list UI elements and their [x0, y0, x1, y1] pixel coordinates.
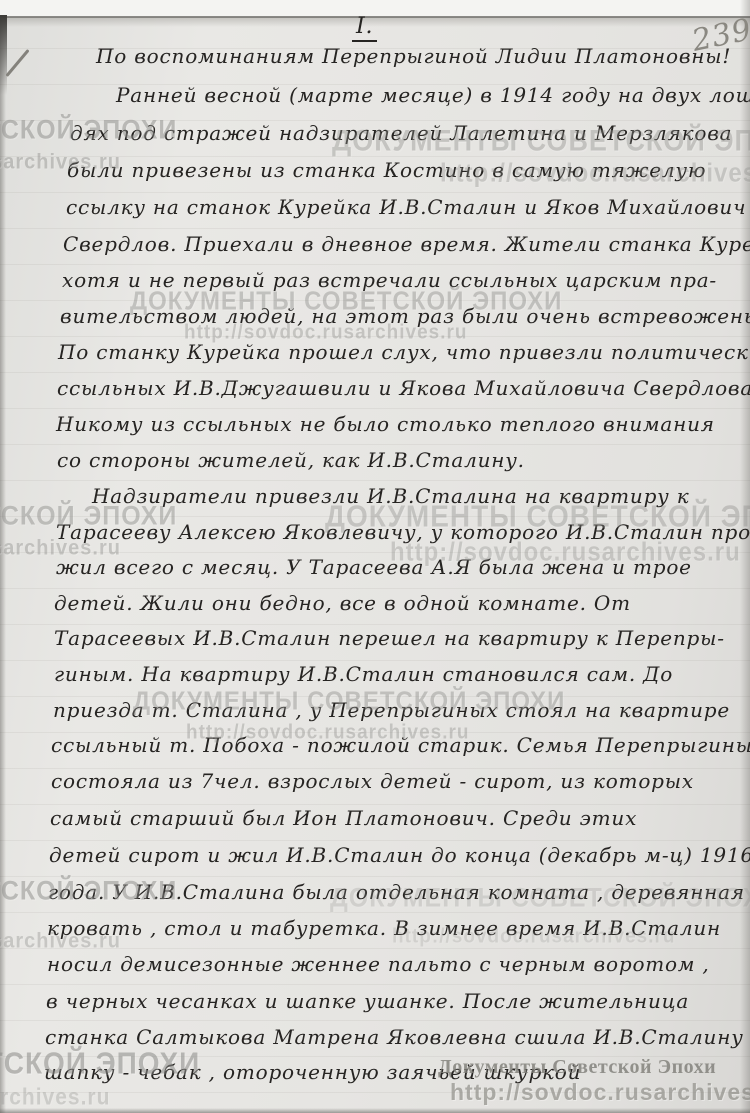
watermark-archive-url: http://sovdoc.rusarchives.ru: [0, 150, 121, 175]
scanned-document-page: I. 239 По воспоминаниям Перепрыгиной Лид…: [0, 0, 750, 1113]
watermark-archive-url: http://sovdoc.rusarchives.ru: [0, 929, 121, 954]
watermark-archive-title: ДОКУМЕНТЫ СОВЕТСКОЙ ЭПОХИ: [133, 687, 565, 717]
watermark-archive-url: http://sovdoc.rusarchives.ru: [186, 721, 470, 745]
watermark-archive-title: ДОКУМЕНТЫ СОВЕТСКОЙ ЭПОХИ: [332, 125, 750, 158]
watermark-archive-title: ДОКУМЕНТЫ СОВЕТСКОЙ ЭПОХИ: [325, 500, 750, 535]
manuscript-line: состояла из 7чел. взрослых детей - сирот…: [51, 771, 694, 791]
watermark-archive-title: ДОКУМЕНТЫ СОВЕТСКОЙ ЭПОХИ: [330, 883, 750, 914]
section-heading: I.: [352, 14, 377, 42]
watermark-archive-title: ДОКУМЕНТЫ СОВЕТСКОЙ ЭПОХИ: [0, 501, 177, 532]
manuscript-line: со стороны жителей, как И.В.Сталину.: [57, 450, 525, 470]
manuscript-line: станка Салтыкова Матрена Яковлевна сшила…: [45, 1027, 744, 1047]
watermark-archive-title: ДОКУМЕНТЫ СОВЕТСКОЙ ЭПОХИ: [0, 876, 177, 907]
manuscript-line: гиным. На квартиру И.В.Сталин становился…: [54, 664, 673, 684]
manuscript-line: Тарасеевых И.В.Сталин перешел на квартир…: [54, 628, 725, 648]
watermark-archive-title: ДОКУМЕНТЫ СОВЕТСКОЙ ЭПОХИ: [0, 115, 177, 146]
scan-corner-mark: [0, 15, 7, 95]
watermark-archive-url: http://sovdoc.rusarchives.ru: [390, 538, 741, 568]
watermark-footer-url: http://sovdoc.rusarchives.ru: [450, 1079, 750, 1106]
manuscript-line: По станку Курейка прошел слух, что приве…: [58, 342, 750, 362]
watermark-archive-title: ДОКУМЕНТЫ СОВЕТСКОЙ ЭПОХИ: [0, 1047, 200, 1082]
manuscript-line: самый старший был Ион Платонович. Среди …: [50, 808, 637, 828]
manuscript-line: Ранней весной (марте месяце) в 1914 году…: [116, 85, 750, 105]
watermark-footer-title: Документы Советской Эпохи: [438, 1056, 716, 1079]
manuscript-line: Никому из ссыльных не было столько тепло…: [56, 414, 715, 434]
manuscript-line: ссылку на станок Курейка И.В.Сталин и Як…: [66, 197, 746, 217]
manuscript-line: носил демисезонные женнее пальто с черны…: [47, 954, 710, 974]
watermark-archive-url: http://sovdoc.rusarchives.ru: [440, 159, 750, 189]
manuscript-line: ссыльных И.В.Джугашвили и Якова Михайлов…: [57, 378, 750, 398]
watermark-archive-url: http://sovdoc.rusarchives.ru: [184, 321, 468, 345]
manuscript-line: детей сирот и жил И.В.Сталин до конца (д…: [49, 845, 750, 865]
watermark-archive-title: ДОКУМЕНТЫ СОВЕТСКОЙ ЭПОХИ: [130, 287, 562, 317]
watermark-archive-url: http://sovdoc.rusarchives.ru: [392, 925, 676, 949]
manuscript-line: детей. Жили они бедно, все в одной комна…: [54, 593, 631, 613]
watermark-archive-url: http://sovdoc.rusarchives.ru: [0, 536, 121, 561]
manuscript-line: По воспоминаниям Перепрыгиной Лидии Плат…: [96, 46, 731, 66]
manuscript-line: в черных чесанках и шапке ушанке. После …: [46, 991, 689, 1011]
manuscript-line: Свердлов. Приехали в дневное время. Жите…: [63, 234, 750, 254]
watermark-archive-url: http://sovdoc.rusarchives.ru: [0, 1085, 110, 1111]
paper-bottom-edge: [0, 1108, 750, 1113]
